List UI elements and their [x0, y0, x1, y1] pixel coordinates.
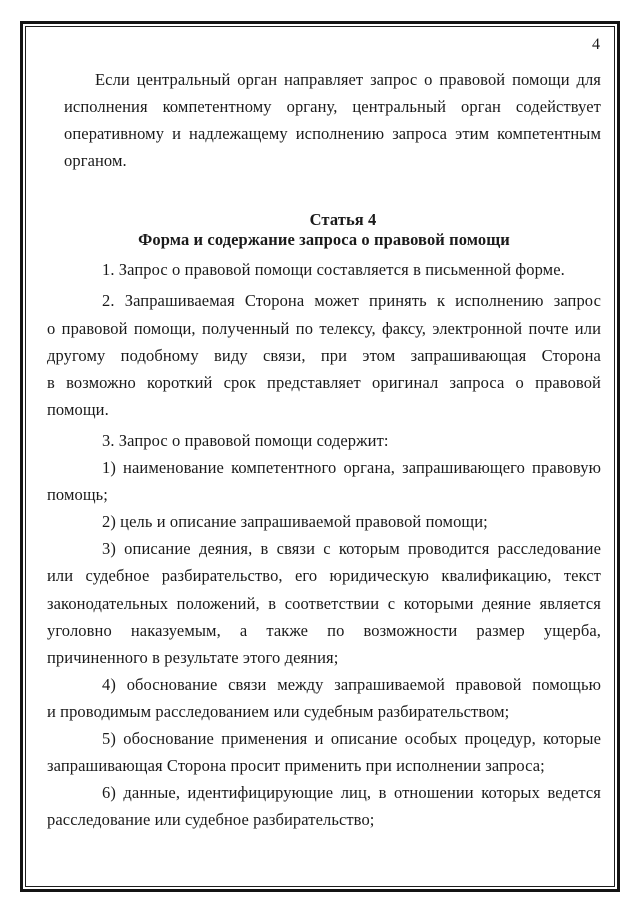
text-line: 6) данные, идентифицирующие лиц, в отнош…	[47, 779, 601, 806]
text-line: уголовно наказуемым, а также по возможно…	[47, 617, 601, 644]
text-line: органом.	[47, 147, 601, 174]
page-number: 4	[583, 33, 609, 57]
text-line: оперативному и надлежащему исполнению за…	[47, 120, 601, 147]
text-line: 2) цель и описание запрашиваемой правово…	[47, 508, 601, 535]
text-line: о правовой помощи, полученный по телексу…	[47, 315, 601, 342]
article-title-heading: Форма и содержание запроса о правовой по…	[47, 228, 601, 252]
document-page: 4 Если центральный орган направляет запр…	[0, 0, 640, 905]
text-line: исполнения компетентному органу, централ…	[47, 93, 601, 120]
text-line: причиненного в результате этого деяния;	[47, 644, 601, 671]
text-line: запрашивающая Сторона просит применить п…	[47, 752, 601, 779]
text-line: 5) обоснование применения и описание осо…	[47, 725, 601, 752]
text-line: или судебное разбирательство, его юридич…	[47, 562, 601, 589]
text-line: 4) обоснование связи между запрашиваемой…	[47, 671, 601, 698]
text-line: 1. Запрос о правовой помощи составляется…	[47, 256, 601, 283]
text-line: 3) описание деяния, в связи с которым пр…	[47, 535, 601, 562]
document-content: Если центральный орган направляет запрос…	[47, 66, 601, 833]
text-line: законодательных положений, в соответстви…	[47, 590, 601, 617]
text-line: 2. Запрашиваемая Сторона может принять к…	[47, 287, 601, 314]
text-line: Если центральный орган направляет запрос…	[47, 66, 601, 93]
text-line: расследование или судебное разбирательст…	[47, 806, 601, 833]
text-line: 1) наименование компетентного органа, за…	[47, 454, 601, 481]
text-line: другому подобному виду связи, при этом з…	[47, 342, 601, 369]
text-line: в возможно короткий срок представляет ор…	[47, 369, 601, 396]
text-line: помощь;	[47, 481, 601, 508]
text-line: и проводимым расследованием или судебным…	[47, 698, 601, 725]
text-line: 3. Запрос о правовой помощи содержит:	[47, 427, 601, 454]
text-line: помощи.	[47, 396, 601, 423]
